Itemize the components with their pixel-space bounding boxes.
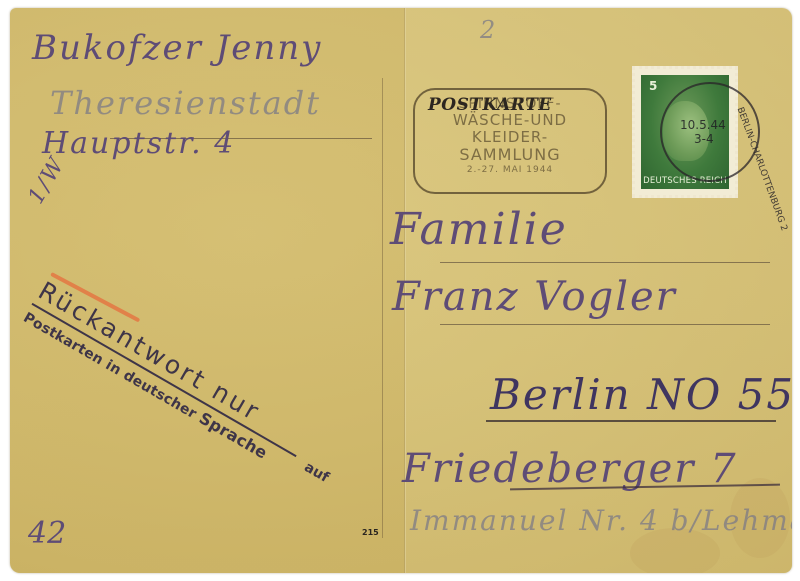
postmark-time: 3-4 [680, 132, 726, 146]
postkarte-title: POSTKARTE [428, 95, 552, 115]
sender-name: Bukofzer Jenny [32, 28, 322, 68]
slogan-line4: SAMMLUNG [415, 146, 605, 163]
sender-address: Hauptstr. 4 [42, 126, 235, 161]
recipient-line3: Berlin NO 55 [490, 370, 792, 419]
corner-number: 42 [28, 516, 66, 551]
divider-line [382, 78, 383, 538]
pencil-forwarding-note: Immanuel Nr. 4 b/Lehmann [410, 504, 792, 537]
recipient-line2: Franz Vogler [392, 274, 677, 320]
address-rule-3 [486, 420, 776, 422]
postmark-date: 10.5.44 [680, 118, 726, 132]
address-rule-2 [440, 324, 770, 325]
postcard: Bukofzer Jenny Theresienstadt Hauptstr. … [10, 8, 792, 573]
sender-place: Theresienstadt [50, 84, 321, 122]
slogan-line3: KLEIDER- [415, 129, 605, 146]
slogan-line5: 2.-27. MAI 1944 [415, 165, 605, 175]
pencil-number: 2 [480, 16, 497, 44]
recipient-line1: Familie [390, 204, 568, 255]
postmark: 10.5.44 3-4 BERLIN-CHARLOTTENBURG 2 [660, 82, 760, 182]
stamp-value: 5 [649, 79, 657, 93]
address-rule-1 [440, 262, 770, 263]
print-number: 215 [362, 528, 379, 537]
